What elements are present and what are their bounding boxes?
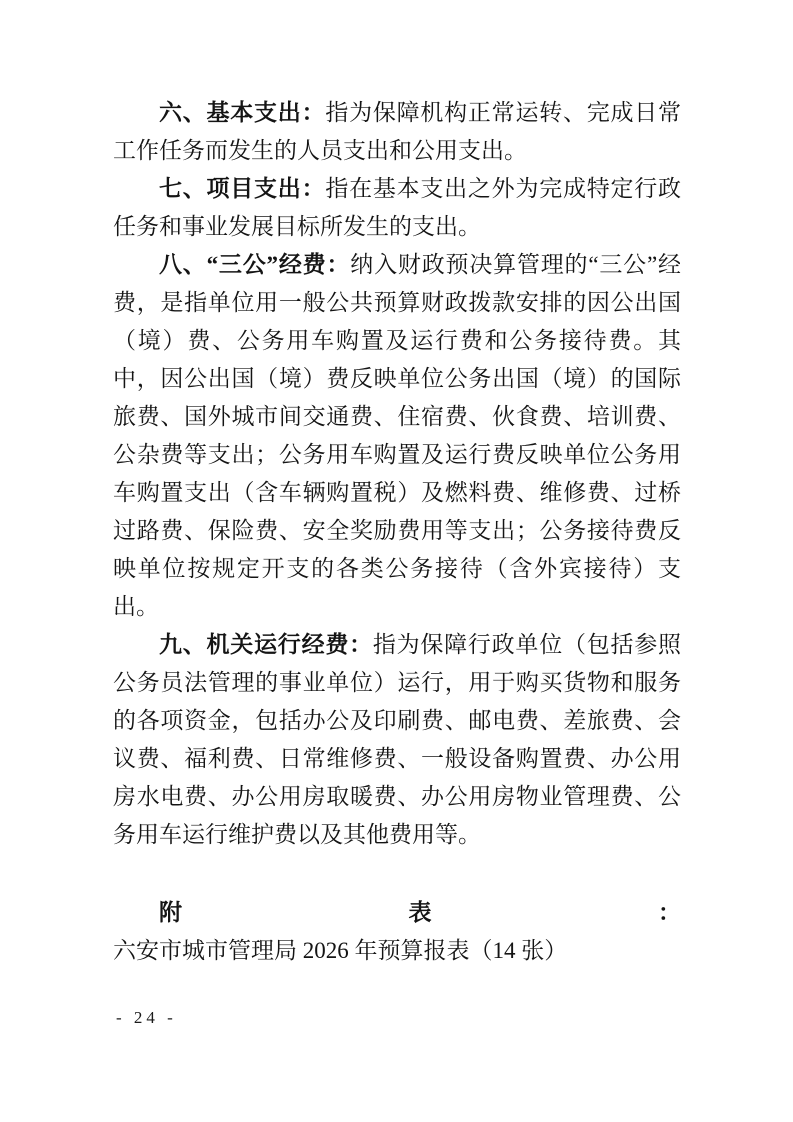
paragraph-project-expenditure: 七、项目支出：指在基本支出之外为完成特定行政任务和事业发展目标所发生的支出。 [113, 170, 681, 246]
attachment-note: 附表：六安市城市管理局 2026 年预算报表（14 张） [113, 894, 681, 970]
attachment-text: 六安市城市管理局 2026 年预算报表（14 张） [113, 938, 567, 963]
paragraph-text: 纳入财政预决算管理的“三公”经费，是指单位用一般公共预算财政拨款安排的因公出国（… [113, 252, 681, 619]
attachment-label: 附表： [159, 900, 681, 925]
paragraph-text: 指为保障行政单位（包括参照公务员法管理的事业单位）运行，用于购买货物和服务的各项… [113, 632, 681, 847]
paragraph-label: 七、项目支出： [159, 176, 325, 201]
paragraph-basic-expenditure: 六、基本支出：指为保障机构正常运转、完成日常工作任务而发生的人员支出和公用支出。 [113, 94, 681, 170]
document-body: 六、基本支出：指为保障机构正常运转、完成日常工作任务而发生的人员支出和公用支出。… [113, 94, 681, 970]
paragraph-three-public-funds: 八、“三公”经费：纳入财政预决算管理的“三公”经费，是指单位用一般公共预算财政拨… [113, 246, 681, 626]
paragraph-agency-operating-funds: 九、机关运行经费：指为保障行政单位（包括参照公务员法管理的事业单位）运行，用于购… [113, 626, 681, 854]
paragraph-label: 九、机关运行经费： [159, 632, 373, 657]
page-number: - 24 - [116, 1006, 177, 1030]
paragraph-label: 六、基本支出： [159, 100, 325, 125]
document-page: { "document": { "paragraphs": [ { "label… [0, 0, 793, 1122]
paragraph-label: 八、“三公”经费： [159, 252, 350, 277]
